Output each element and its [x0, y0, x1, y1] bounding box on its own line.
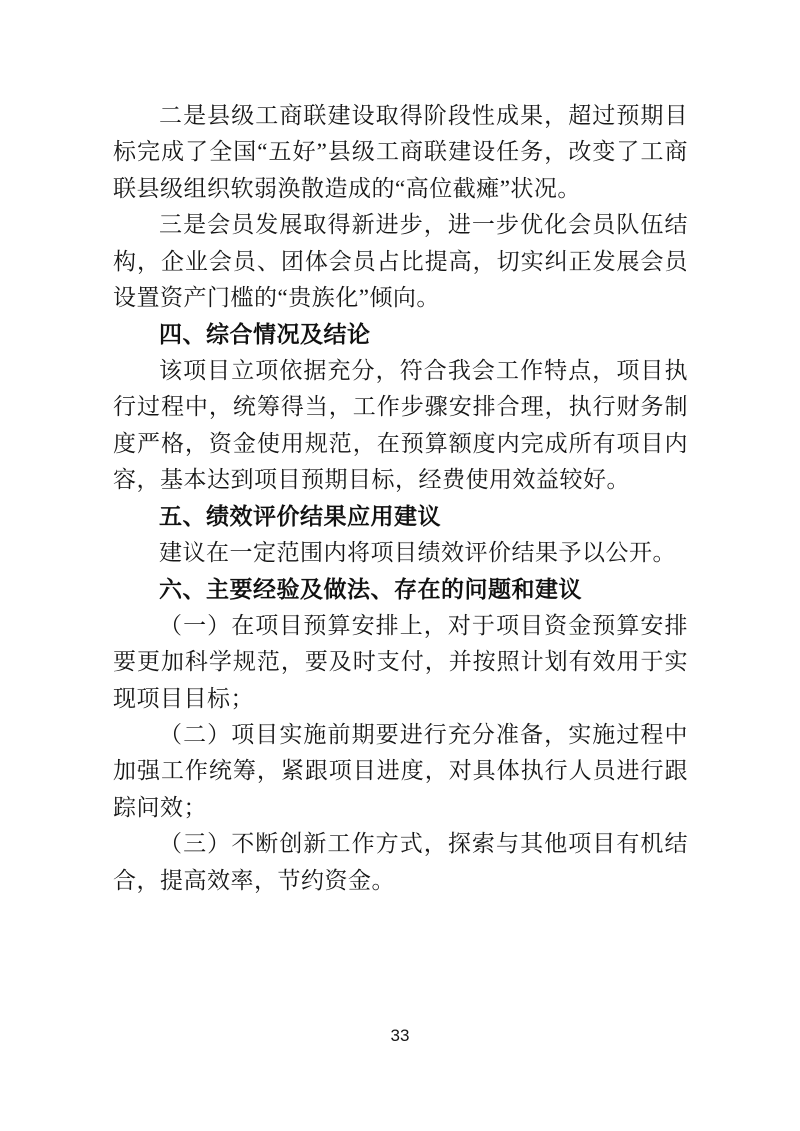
paragraph-item-three: （三）不断创新工作方式，探索与其他项目有机结合，提高效率，节约资金。 [113, 826, 688, 899]
paragraph-point-two: 二是县级工商联建设取得阶段性成果，超过预期目标完成了全国“五好”县级工商联建设任… [113, 98, 688, 207]
section-heading-five: 五、绩效评价结果应用建议 [113, 498, 688, 534]
document-body: 二是县级工商联建设取得阶段性成果，超过预期目标完成了全国“五好”县级工商联建设任… [113, 98, 688, 899]
section-heading-four: 四、综合情况及结论 [113, 316, 688, 352]
page-number: 33 [0, 1026, 800, 1046]
paragraph-item-two: （二）项目实施前期要进行充分准备，实施过程中加强工作统筹，紧跟项目进度，对具体执… [113, 717, 688, 826]
document-page: 二是县级工商联建设取得阶段性成果，超过预期目标完成了全国“五好”县级工商联建设任… [0, 0, 800, 1131]
paragraph-item-one: （一）在项目预算安排上，对于项目资金预算安排要更加科学规范，要及时支付，并按照计… [113, 608, 688, 717]
section-heading-six: 六、主要经验及做法、存在的问题和建议 [113, 571, 688, 607]
paragraph-conclusion: 该项目立项依据充分，符合我会工作特点，项目执行过程中，统筹得当，工作步骤安排合理… [113, 353, 688, 499]
paragraph-point-three: 三是会员发展取得新进步，进一步优化会员队伍结构，企业会员、团体会员占比提高，切实… [113, 207, 688, 316]
paragraph-suggestion: 建议在一定范围内将项目绩效评价结果予以公开。 [113, 535, 688, 571]
